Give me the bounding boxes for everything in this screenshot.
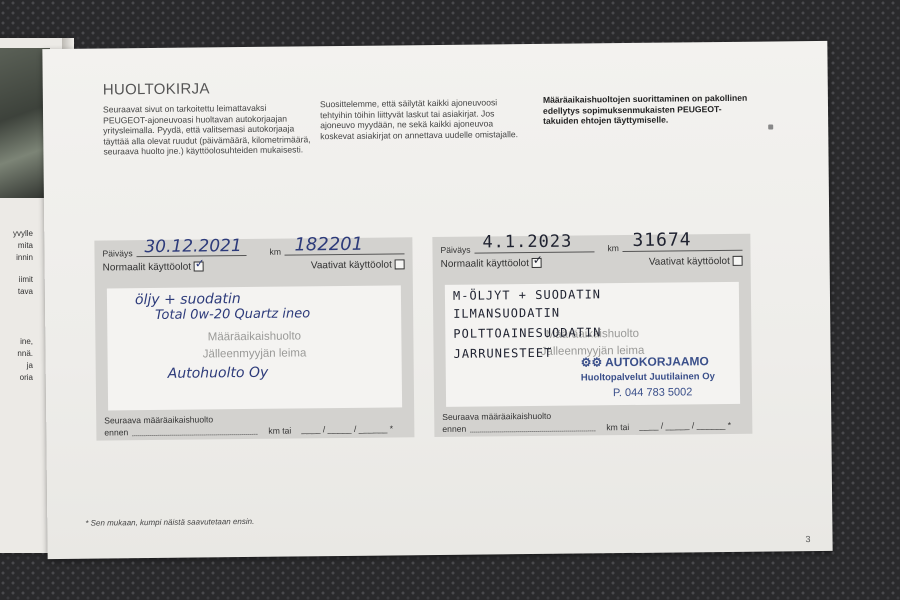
service-entry-1: Päiväys 30.12.2021 km 182201 Normaalit k… xyxy=(94,237,414,440)
left-fragment: ja xyxy=(0,360,33,372)
km-or-label: km tai xyxy=(268,426,291,436)
km-label: km xyxy=(607,243,619,253)
service-book-page: HUOLTOKIRJA Seuraavat sivut on tarkoitet… xyxy=(42,41,832,559)
left-fragment: oria xyxy=(0,372,33,384)
dealer-stamp-label: Jälleenmyyjän leima xyxy=(107,346,401,361)
usage-conditions: Normaalit käyttöolot ✓ Vaativat käyttöol… xyxy=(103,259,405,276)
handwritten-note: ILMANSUODATIN xyxy=(453,306,560,321)
next-date-field: ____ / _____ / ______ * xyxy=(301,423,393,434)
service-entry-2: Päiväys 4.1.2023 km 31674 Normaalit käyt… xyxy=(432,234,752,437)
severe-use-label: Vaativat käyttöolot xyxy=(311,259,405,271)
normal-use-checkbox[interactable]: ✓ xyxy=(532,258,542,268)
km-or-label: km tai xyxy=(606,422,629,432)
handwritten-note: JARRUNESTEET xyxy=(453,346,552,361)
severe-use-checkbox[interactable] xyxy=(395,260,405,270)
next-date-field: ____ / _____ / ______ * xyxy=(639,420,731,431)
next-service-label: Seuraava määräaikaishuolto xyxy=(442,411,551,422)
next-service-label: Seuraava määräaikaishuolto xyxy=(104,414,213,425)
signature: Autohuolto Oy xyxy=(168,365,269,382)
next-km-field xyxy=(132,434,257,436)
handwritten-note: Total 0w-20 Quartz ineo xyxy=(155,306,310,323)
stamp-company: Huoltopalvelut Juutilainen Oy xyxy=(581,371,741,384)
service-type-label: Määräaikaishuolto xyxy=(107,329,401,344)
stamp-area: Määräaikaishuolto Jälleenmyyjän leima M-… xyxy=(445,282,740,407)
stamp-name: ⚙⚙ AUTOKORJAAMO xyxy=(581,354,741,370)
workshop-stamp: ⚙⚙ AUTOKORJAAMO Huoltopalvelut Juutilain… xyxy=(581,354,741,400)
handwritten-note: öljy + suodatin xyxy=(135,291,241,308)
normal-use-checkbox[interactable]: ✓ xyxy=(194,262,204,272)
km-value: 31674 xyxy=(632,229,691,251)
normal-use-label: Normaalit käyttöolot ✓ xyxy=(441,258,542,270)
left-fragment: innin xyxy=(0,252,33,264)
handwritten-note: POLTTOAINESUODATIN xyxy=(453,325,601,341)
left-fragment: iimit xyxy=(0,274,33,286)
stamp-area: Määräaikaishuolto Jälleenmyyjän leima öl… xyxy=(107,285,402,410)
usage-conditions: Normaalit käyttöolot ✓ Vaativat käyttöol… xyxy=(441,256,743,273)
date-label: Päiväys xyxy=(440,245,470,255)
next-km-field xyxy=(470,430,595,432)
severe-use-label: Vaativat käyttöolot xyxy=(649,256,743,268)
marker-dot xyxy=(768,124,773,129)
left-fragment: yvylle xyxy=(0,228,33,240)
footnote: * Sen mukaan, kumpi näistä saavutetaan e… xyxy=(85,517,254,528)
left-fragment: tava xyxy=(0,286,33,298)
intro-text-3: Määräaikaishuoltojen suorittaminen on pa… xyxy=(543,93,753,127)
left-fragment: mita xyxy=(0,240,33,252)
page-title: HUOLTOKIRJA xyxy=(103,80,210,98)
normal-use-label: Normaalit käyttöolot ✓ xyxy=(103,261,204,273)
page-number: 3 xyxy=(805,534,810,544)
intro-text-1: Seuraavat sivut on tarkoitettu leimattav… xyxy=(103,102,314,157)
left-fragment: ine, xyxy=(0,336,33,348)
left-page-text: yvylle mita innin iimit tava ine, nnä. j… xyxy=(0,228,33,384)
km-value: 182201 xyxy=(294,234,363,256)
workshop-logo-icon: ⚙⚙ xyxy=(581,355,606,369)
severe-use-checkbox[interactable] xyxy=(733,256,743,266)
stamp-phone: P. 044 783 5002 xyxy=(613,386,741,399)
intro-text-2: Suosittelemme, että säilytät kaikki ajon… xyxy=(320,97,525,141)
handwritten-note: M-ÖLJYT + SUODATIN xyxy=(453,287,601,303)
date-value: 4.1.2023 xyxy=(482,232,572,253)
date-label: Päiväys xyxy=(102,248,132,258)
km-label: km xyxy=(269,247,281,257)
date-value: 30.12.2021 xyxy=(144,236,242,257)
before-label: ennen xyxy=(442,424,466,434)
before-label: ennen xyxy=(104,427,128,437)
left-fragment: nnä. xyxy=(0,348,33,360)
